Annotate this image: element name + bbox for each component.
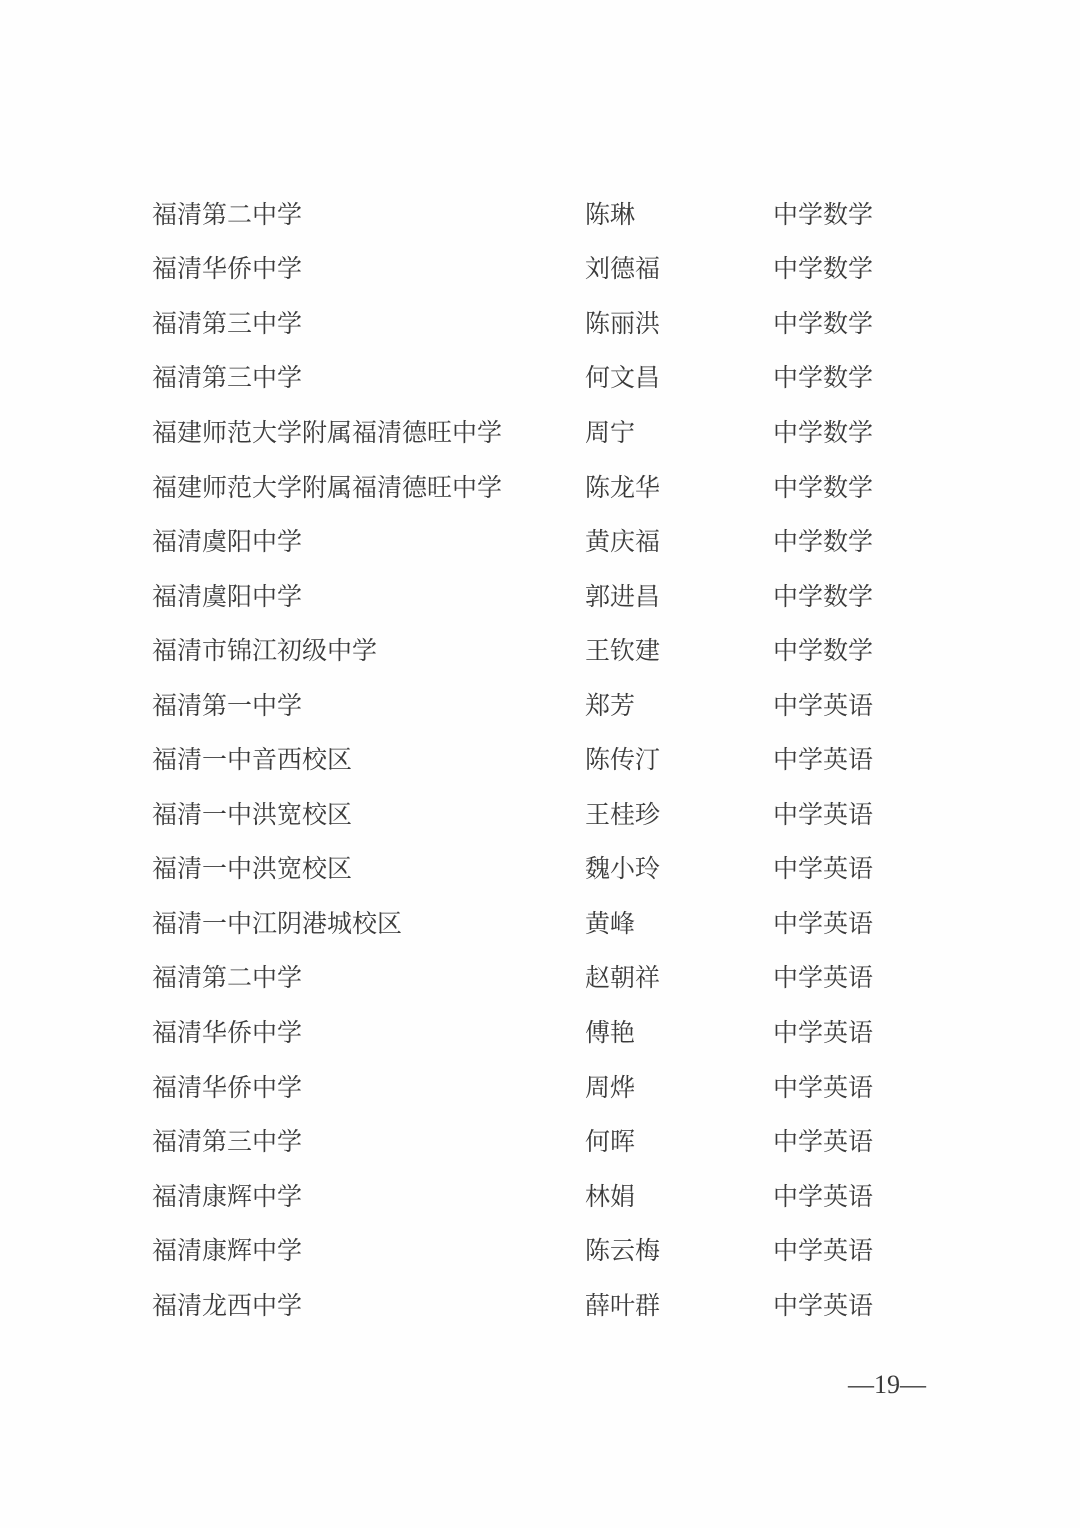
table-row: 福清第二中学 赵朝祥 中学英语 [152, 952, 982, 1007]
subject-label: 中学数学 [773, 203, 982, 228]
teacher-name: 王桂珍 [585, 803, 773, 828]
document-page: 福清第二中学 陈琳 中学数学 福清华侨中学 刘德福 中学数学 福清第三中学 陈丽… [0, 0, 1080, 1528]
table-row: 福清市锦江初级中学 王钦建 中学数学 [152, 624, 982, 679]
teacher-name: 郑芳 [585, 694, 773, 719]
subject-label: 中学英语 [773, 857, 982, 882]
subject-label: 中学英语 [773, 803, 982, 828]
teacher-list-table: 福清第二中学 陈琳 中学数学 福清华侨中学 刘德福 中学数学 福清第三中学 陈丽… [152, 188, 982, 1333]
subject-label: 中学数学 [773, 312, 982, 337]
table-row: 福清龙西中学 薛叶群 中学英语 [152, 1279, 982, 1334]
table-row: 福建师范大学附属福清德旺中学 周宁 中学数学 [152, 406, 982, 461]
subject-label: 中学英语 [773, 1294, 982, 1319]
subject-label: 中学英语 [773, 966, 982, 991]
school-name: 福清一中洪宽校区 [152, 803, 585, 828]
school-name: 福清康辉中学 [152, 1239, 585, 1264]
table-row: 福清一中洪宽校区 魏小玲 中学英语 [152, 843, 982, 898]
teacher-name: 陈琳 [585, 203, 773, 228]
teacher-name: 何晖 [585, 1130, 773, 1155]
subject-label: 中学英语 [773, 748, 982, 773]
teacher-name: 陈龙华 [585, 476, 773, 501]
table-row: 福清第三中学 何晖 中学英语 [152, 1115, 982, 1170]
school-name: 福清华侨中学 [152, 257, 585, 282]
school-name: 福清第三中学 [152, 366, 585, 391]
teacher-name: 王钦建 [585, 639, 773, 664]
teacher-name: 陈云梅 [585, 1239, 773, 1264]
subject-label: 中学英语 [773, 912, 982, 937]
school-name: 福清第二中学 [152, 203, 585, 228]
school-name: 福清一中音西校区 [152, 748, 585, 773]
page-number: —19— [848, 1372, 926, 1398]
teacher-name: 傅艳 [585, 1021, 773, 1046]
table-row: 福清第三中学 何文昌 中学数学 [152, 352, 982, 407]
school-name: 福建师范大学附属福清德旺中学 [152, 421, 585, 446]
school-name: 福清龙西中学 [152, 1294, 585, 1319]
subject-label: 中学英语 [773, 1185, 982, 1210]
school-name: 福清华侨中学 [152, 1021, 585, 1046]
table-row: 福清康辉中学 林娟 中学英语 [152, 1170, 982, 1225]
table-row: 福清康辉中学 陈云梅 中学英语 [152, 1224, 982, 1279]
teacher-name: 陈传汀 [585, 748, 773, 773]
table-row: 福清第三中学 陈丽洪 中学数学 [152, 297, 982, 352]
table-row: 福清虞阳中学 黄庆福 中学数学 [152, 515, 982, 570]
school-name: 福建师范大学附属福清德旺中学 [152, 476, 585, 501]
school-name: 福清虞阳中学 [152, 585, 585, 610]
school-name: 福清第三中学 [152, 312, 585, 337]
subject-label: 中学数学 [773, 530, 982, 555]
subject-label: 中学英语 [773, 1130, 982, 1155]
school-name: 福清华侨中学 [152, 1076, 585, 1101]
teacher-name: 陈丽洪 [585, 312, 773, 337]
teacher-name: 刘德福 [585, 257, 773, 282]
teacher-name: 林娟 [585, 1185, 773, 1210]
school-name: 福清第一中学 [152, 694, 585, 719]
table-row: 福清虞阳中学 郭进昌 中学数学 [152, 570, 982, 625]
subject-label: 中学数学 [773, 585, 982, 610]
table-row: 福建师范大学附属福清德旺中学 陈龙华 中学数学 [152, 461, 982, 516]
teacher-name: 薛叶群 [585, 1294, 773, 1319]
subject-label: 中学数学 [773, 257, 982, 282]
subject-label: 中学英语 [773, 1076, 982, 1101]
school-name: 福清康辉中学 [152, 1185, 585, 1210]
subject-label: 中学英语 [773, 694, 982, 719]
school-name: 福清市锦江初级中学 [152, 639, 585, 664]
school-name: 福清第三中学 [152, 1130, 585, 1155]
table-row: 福清第一中学 郑芳 中学英语 [152, 679, 982, 734]
teacher-name: 周宁 [585, 421, 773, 446]
subject-label: 中学数学 [773, 639, 982, 664]
school-name: 福清一中江阴港城校区 [152, 912, 585, 937]
teacher-name: 何文昌 [585, 366, 773, 391]
teacher-name: 魏小玲 [585, 857, 773, 882]
school-name: 福清第二中学 [152, 966, 585, 991]
school-name: 福清一中洪宽校区 [152, 857, 585, 882]
subject-label: 中学数学 [773, 366, 982, 391]
subject-label: 中学英语 [773, 1239, 982, 1264]
table-row: 福清一中洪宽校区 王桂珍 中学英语 [152, 788, 982, 843]
school-name: 福清虞阳中学 [152, 530, 585, 555]
table-row: 福清华侨中学 周烨 中学英语 [152, 1061, 982, 1116]
table-row: 福清第二中学 陈琳 中学数学 [152, 188, 982, 243]
teacher-name: 黄庆福 [585, 530, 773, 555]
teacher-name: 郭进昌 [585, 585, 773, 610]
table-row: 福清一中音西校区 陈传汀 中学英语 [152, 733, 982, 788]
teacher-name: 赵朝祥 [585, 966, 773, 991]
subject-label: 中学数学 [773, 421, 982, 446]
teacher-name: 周烨 [585, 1076, 773, 1101]
table-row: 福清华侨中学 傅艳 中学英语 [152, 1006, 982, 1061]
subject-label: 中学数学 [773, 476, 982, 501]
table-row: 福清华侨中学 刘德福 中学数学 [152, 243, 982, 298]
table-row: 福清一中江阴港城校区 黄峰 中学英语 [152, 897, 982, 952]
subject-label: 中学英语 [773, 1021, 982, 1046]
teacher-name: 黄峰 [585, 912, 773, 937]
